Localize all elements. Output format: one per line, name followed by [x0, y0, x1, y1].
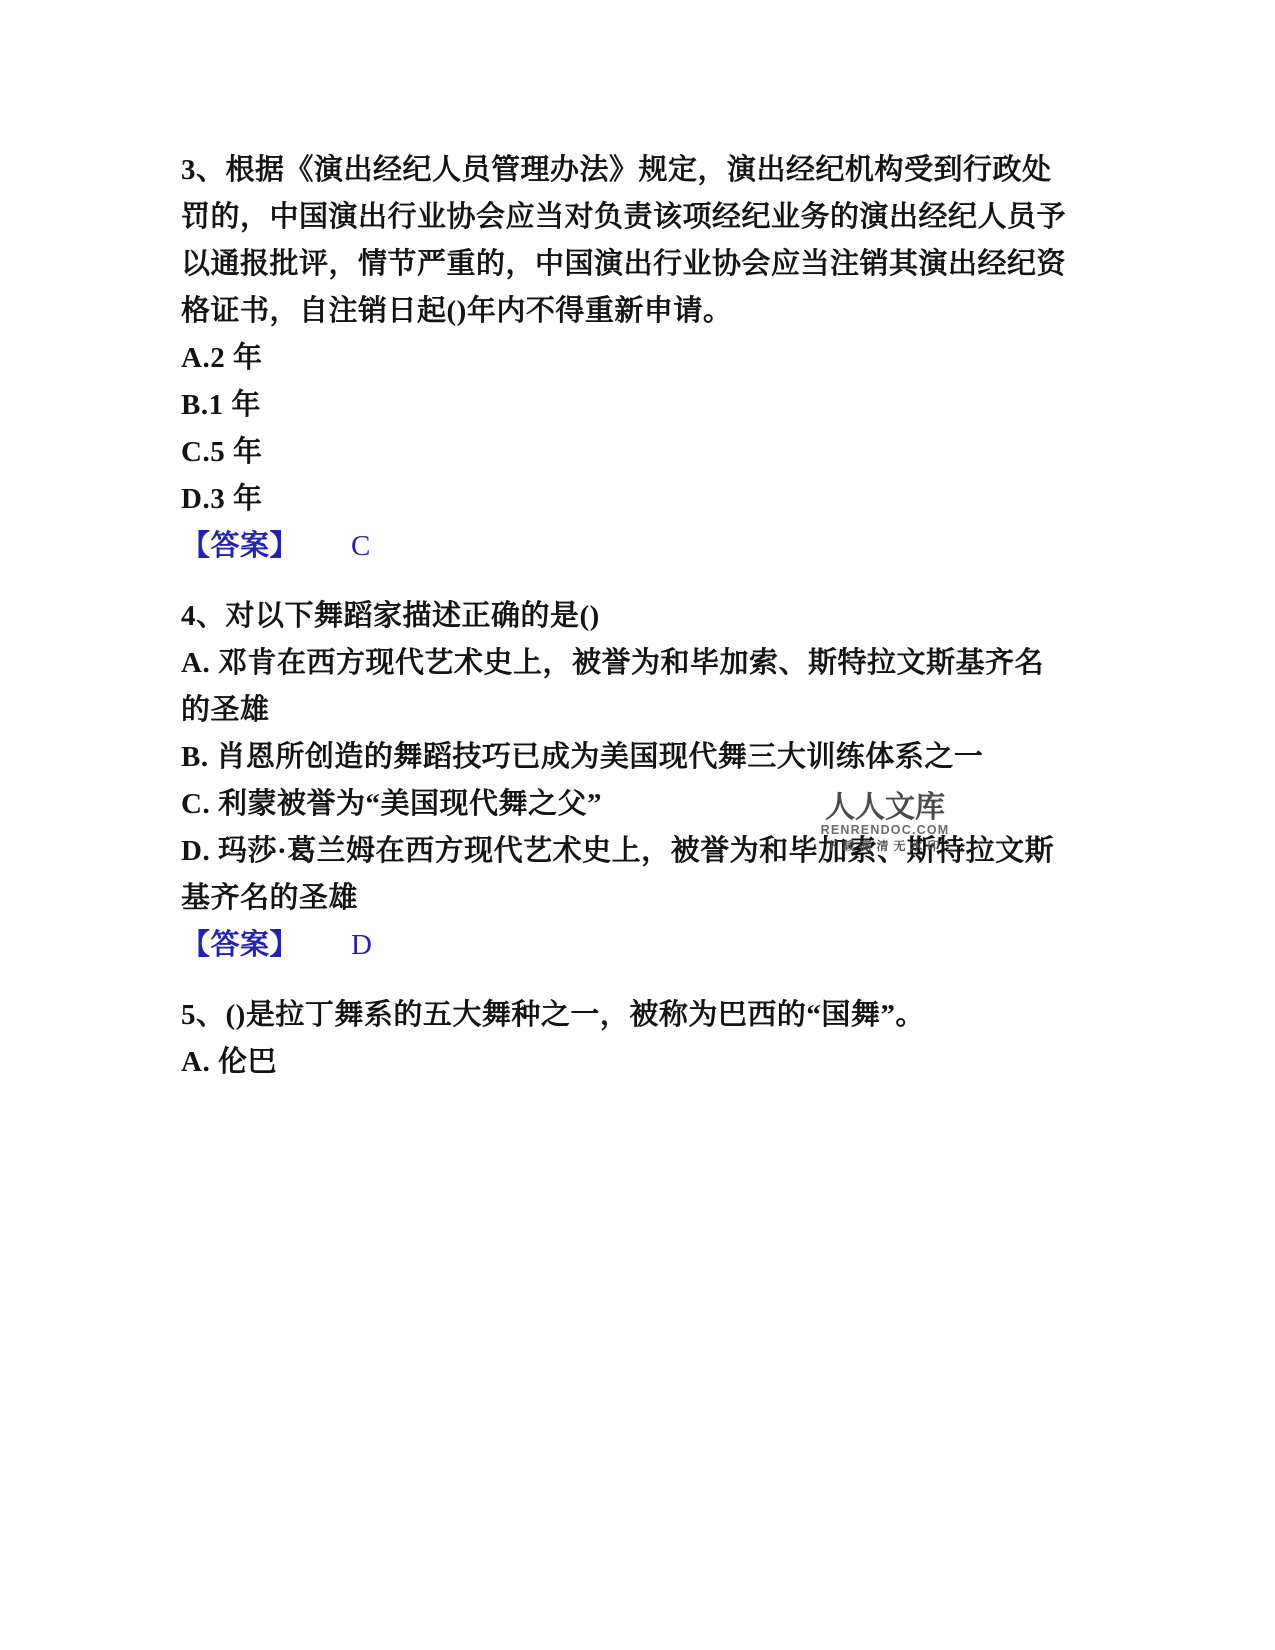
answer-label: 【答案】	[181, 530, 299, 562]
question-4-answer-row: 【答案】D	[181, 922, 1073, 969]
question-4-option-d: D. 玛莎·葛兰姆在西方现代艺术史上，被誉为和毕加索、斯特拉文斯基齐名的圣雄	[181, 828, 1073, 922]
question-4-option-b: B. 肖恩所创造的舞蹈技巧已成为美国现代舞三大训练体系之一	[181, 734, 1073, 781]
question-5-stem: 5、()是拉丁舞系的五大舞种之一，被称为巴西的“国舞”。	[181, 992, 1073, 1039]
question-4-option-a: A. 邓肯在西方现代艺术史上，被誉为和毕加索、斯特拉文斯基齐名的圣雄	[181, 640, 1073, 734]
answer-value: D	[351, 929, 372, 961]
question-3-option-c: C.5 年	[181, 429, 1073, 476]
question-5-option-a: A. 伦巴	[181, 1039, 1073, 1086]
question-5: 5、()是拉丁舞系的五大舞种之一，被称为巴西的“国舞”。 A. 伦巴	[181, 992, 1073, 1086]
document-page: 3、根据《演出经纪人员管理办法》规定，演出经纪机构受到行政处罚的，中国演出行业协…	[181, 147, 1073, 1086]
question-4: 4、对以下舞蹈家描述正确的是() A. 邓肯在西方现代艺术史上，被誉为和毕加索、…	[181, 593, 1073, 969]
question-3-answer-row: 【答案】C	[181, 523, 1073, 570]
question-3-option-b: B.1 年	[181, 382, 1073, 429]
question-3-option-a: A.2 年	[181, 335, 1073, 382]
question-4-option-c: C. 利蒙被誉为“美国现代舞之父”	[181, 781, 1073, 828]
answer-label: 【答案】	[181, 929, 299, 961]
question-3-stem: 3、根据《演出经纪人员管理办法》规定，演出经纪机构受到行政处罚的，中国演出行业协…	[181, 147, 1073, 335]
question-3-option-d: D.3 年	[181, 476, 1073, 523]
question-3: 3、根据《演出经纪人员管理办法》规定，演出经纪机构受到行政处罚的，中国演出行业协…	[181, 147, 1073, 570]
question-4-stem: 4、对以下舞蹈家描述正确的是()	[181, 593, 1073, 640]
answer-value: C	[351, 530, 371, 562]
